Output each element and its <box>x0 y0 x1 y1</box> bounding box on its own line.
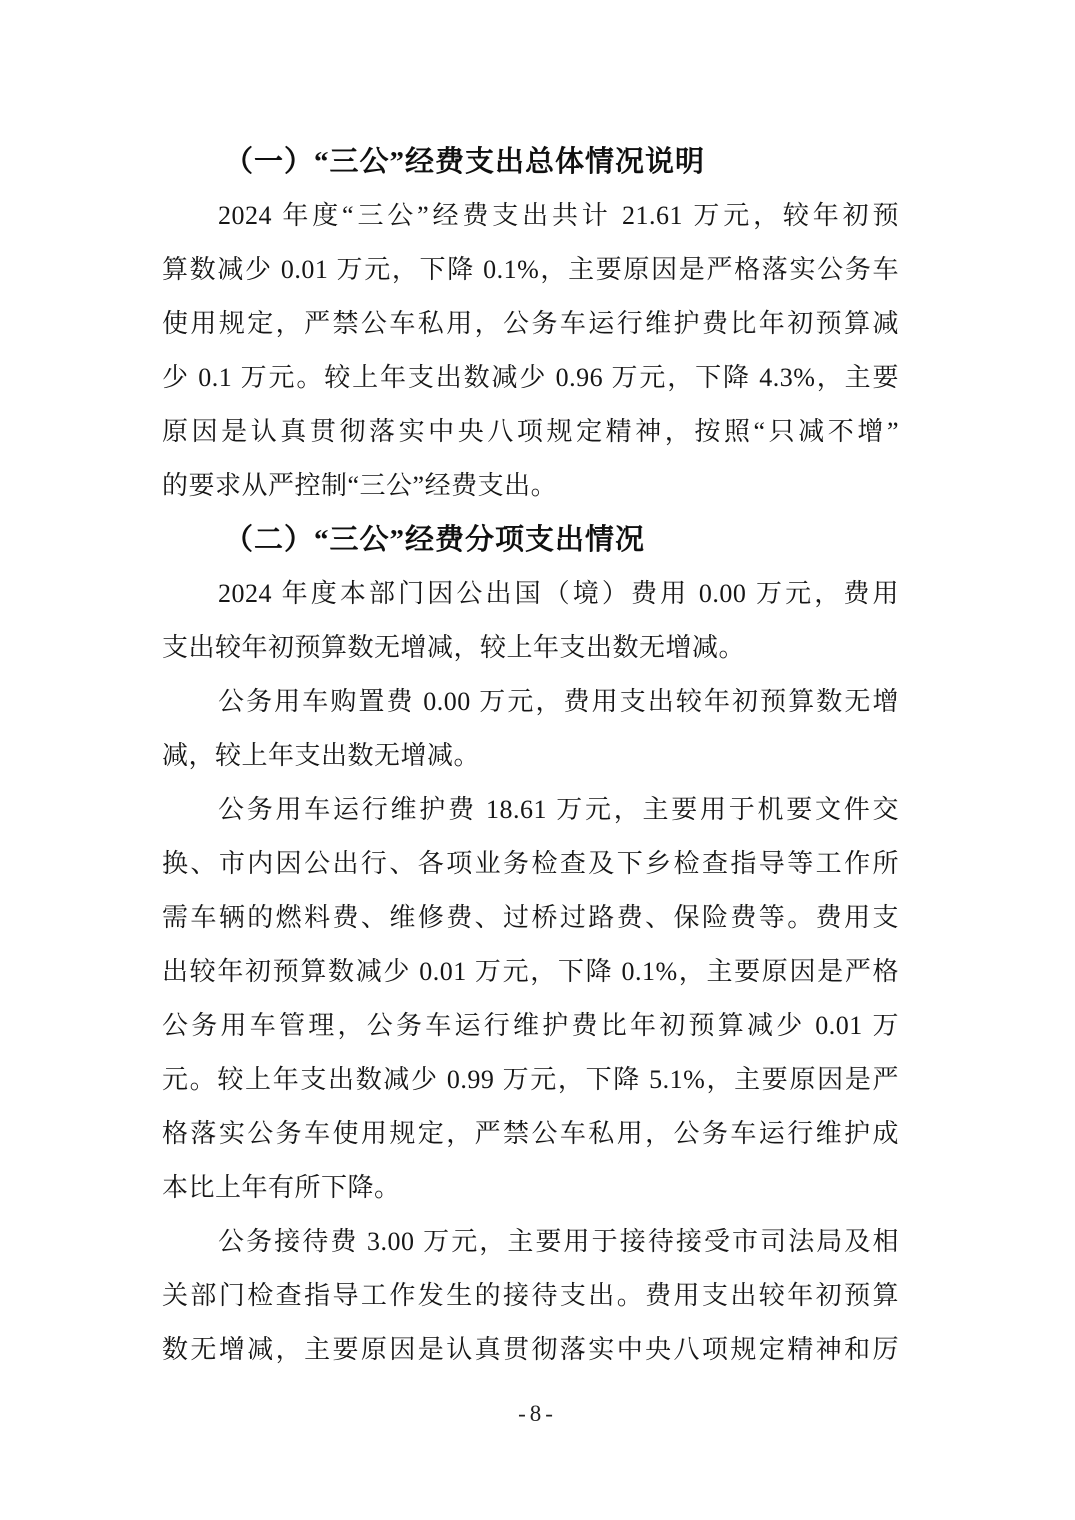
text-line: 减，较上年支出数无增减。 <box>162 729 899 783</box>
text-line: 的要求从严控制“三公”经费支出。 <box>162 459 899 513</box>
text-line: 出较年初预算数减少 0.01 万元，下降 0.1%，主要原因是严格 <box>162 945 899 999</box>
text-line: 公务用车管理，公务车运行维护费比年初预算减少 0.01 万 <box>162 999 899 1053</box>
text-line: 格落实公务车使用规定，严禁公车私用，公务车运行维护成 <box>162 1107 899 1161</box>
section-heading-2: （二）“三公”经费分项支出情况 <box>162 513 899 567</box>
section-heading-1: （一）“三公”经费支出总体情况说明 <box>162 135 899 189</box>
document-body: （一）“三公”经费支出总体情况说明 2024 年度“三公”经费支出共计 21.6… <box>162 135 899 1377</box>
text-line: 使用规定，严禁公车私用，公务车运行维护费比年初预算减 <box>162 297 899 351</box>
text-line: 2024 年度“三公”经费支出共计 21.61 万元，较年初预 <box>162 189 899 243</box>
text-line: 元。较上年支出数减少 0.99 万元，下降 5.1%，主要原因是严 <box>162 1053 899 1107</box>
text-line: 公务用车运行维护费 18.61 万元，主要用于机要文件交 <box>162 783 899 837</box>
text-line: 公务用车购置费 0.00 万元，费用支出较年初预算数无增 <box>162 675 899 729</box>
text-line: 支出较年初预算数无增减，较上年支出数无增减。 <box>162 621 899 675</box>
text-line: 本比上年有所下降。 <box>162 1161 899 1215</box>
page-number: -8- <box>0 1398 1075 1430</box>
text-line: 换、市内因公出行、各项业务检查及下乡检查指导等工作所 <box>162 837 899 891</box>
text-line: 数无增减，主要原因是认真贯彻落实中央八项规定精神和厉 <box>162 1323 899 1377</box>
text-line: 少 0.1 万元。较上年支出数减少 0.96 万元，下降 4.3%，主要 <box>162 351 899 405</box>
document-page: （一）“三公”经费支出总体情况说明 2024 年度“三公”经费支出共计 21.6… <box>0 0 1075 1520</box>
text-line: 原因是认真贯彻落实中央八项规定精神，按照“只减不增” <box>162 405 899 459</box>
text-line: 公务接待费 3.00 万元，主要用于接待接受市司法局及相 <box>162 1215 899 1269</box>
text-line: 需车辆的燃料费、维修费、过桥过路费、保险费等。费用支 <box>162 891 899 945</box>
text-line: 关部门检查指导工作发生的接待支出。费用支出较年初预算 <box>162 1269 899 1323</box>
text-line: 2024 年度本部门因公出国（境）费用 0.00 万元，费用 <box>162 567 899 621</box>
text-line: 算数减少 0.01 万元，下降 0.1%，主要原因是严格落实公务车 <box>162 243 899 297</box>
